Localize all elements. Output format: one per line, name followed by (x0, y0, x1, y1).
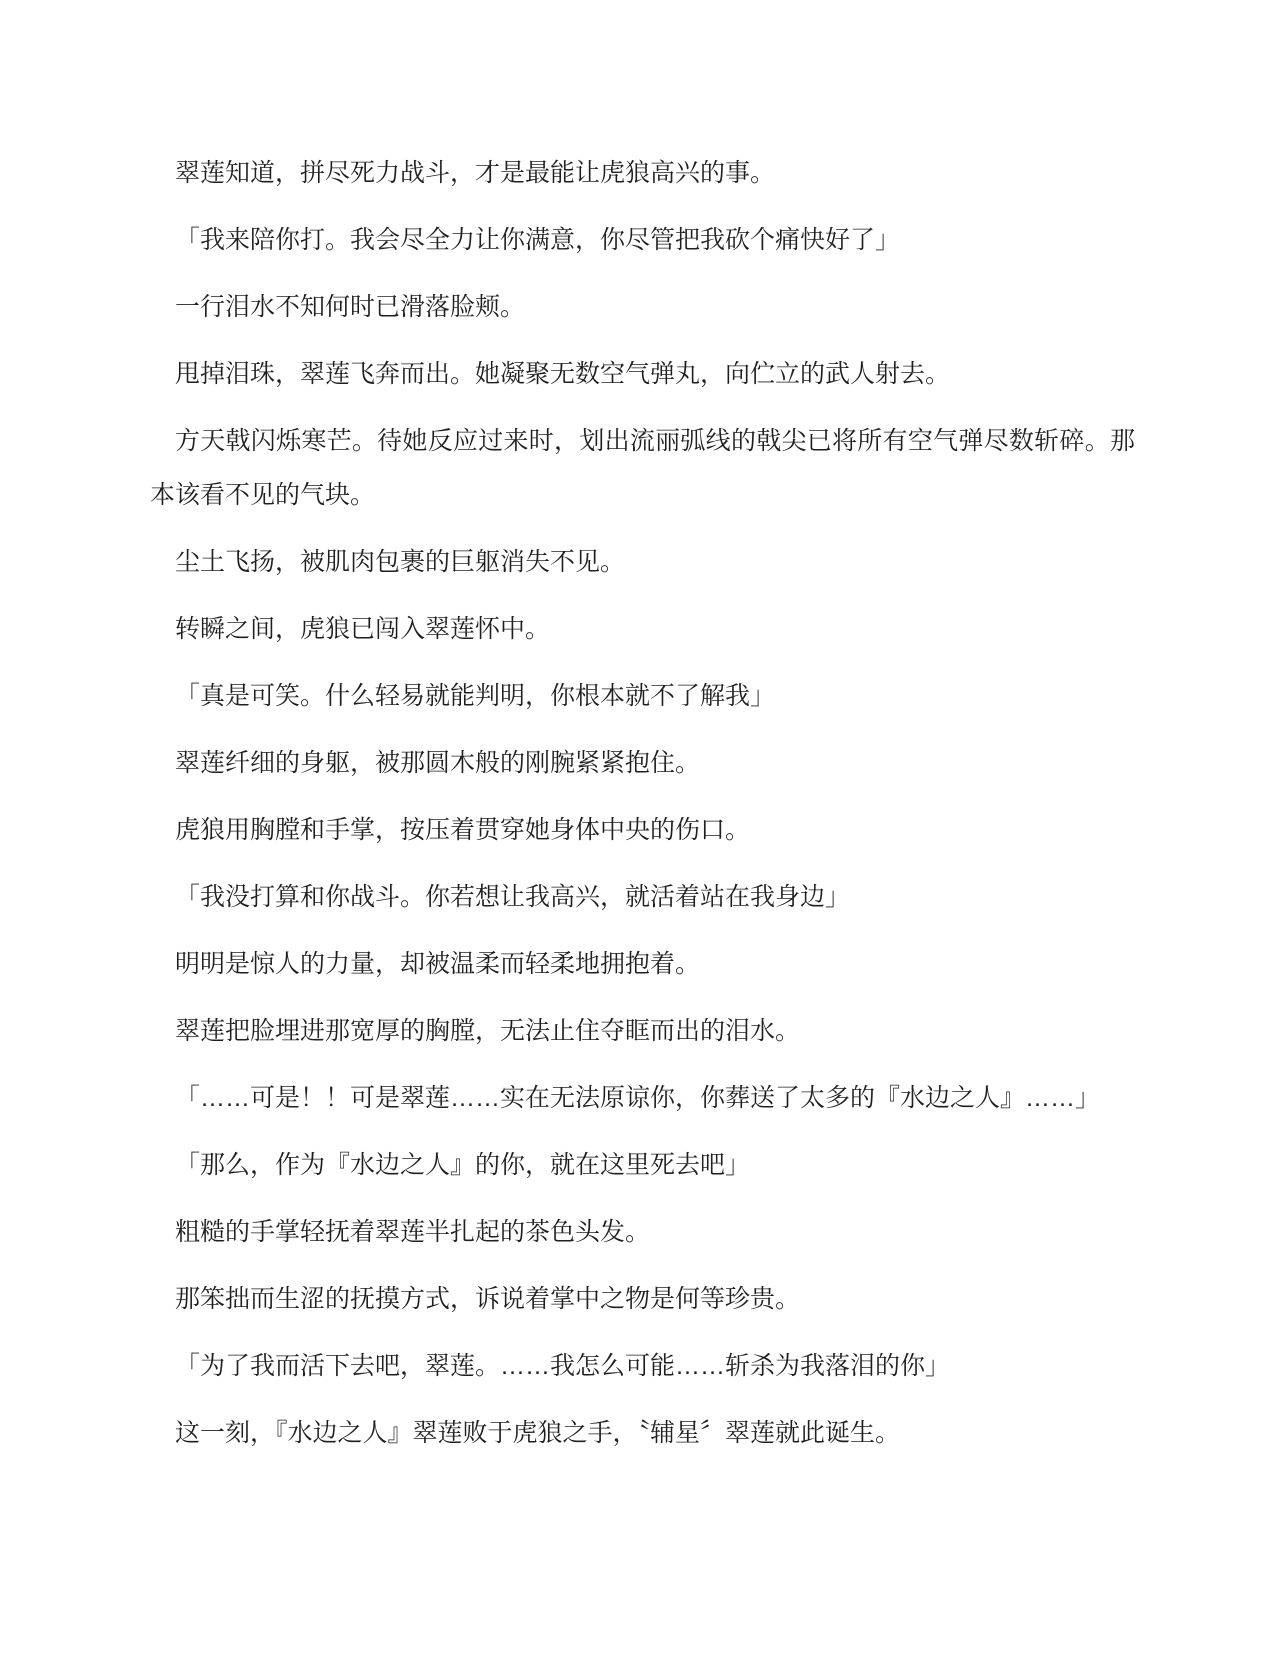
paragraph: 方天戟闪烁寒芒。待她反应过来时，划出流丽弧线的戟尖已将所有空气弹尽数斩碎。那本该… (150, 414, 1135, 522)
paragraph: 「我来陪你打。我会尽全力让你满意，你尽管把我砍个痛快好了」 (150, 213, 1135, 267)
paragraph: 「为了我而活下去吧，翠莲。……我怎么可能……斩杀为我落泪的你」 (150, 1339, 1135, 1393)
paragraph: 「那么，作为『水边之人』的你，就在这里死去吧」 (150, 1138, 1135, 1192)
paragraph: 这一刻，『水边之人』翠莲败于虎狼之手，〝辅星〞翠莲就此诞生。 (150, 1406, 1135, 1460)
paragraph: 甩掉泪珠，翠莲飞奔而出。她凝聚无数空气弹丸，向伫立的武人射去。 (150, 347, 1135, 401)
paragraph: 粗糙的手掌轻抚着翠莲半扎起的茶色头发。 (150, 1205, 1135, 1259)
paragraph: 转瞬之间，虎狼已闯入翠莲怀中。 (150, 602, 1135, 656)
document-page: 翠莲知道，拼尽死力战斗，才是最能让虎狼高兴的事。「我来陪你打。我会尽全力让你满意… (0, 0, 1280, 1656)
novel-text-content: 翠莲知道，拼尽死力战斗，才是最能让虎狼高兴的事。「我来陪你打。我会尽全力让你满意… (150, 146, 1135, 1460)
paragraph: 「……可是！！可是翠莲……实在无法原谅你，你葬送了太多的『水边之人』……」 (150, 1071, 1135, 1125)
paragraph: 「我没打算和你战斗。你若想让我高兴，就活着站在我身边」 (150, 870, 1135, 924)
paragraph: 一行泪水不知何时已滑落脸颊。 (150, 280, 1135, 334)
paragraph: 明明是惊人的力量，却被温柔而轻柔地拥抱着。 (150, 937, 1135, 991)
paragraph: 翠莲纤细的身躯，被那圆木般的刚腕紧紧抱住。 (150, 736, 1135, 790)
paragraph: 那笨拙而生涩的抚摸方式，诉说着掌中之物是何等珍贵。 (150, 1272, 1135, 1326)
paragraph: 翠莲把脸埋进那宽厚的胸膛，无法止住夺眶而出的泪水。 (150, 1004, 1135, 1058)
paragraph: 「真是可笑。什么轻易就能判明，你根本就不了解我」 (150, 669, 1135, 723)
paragraph: 尘土飞扬，被肌肉包裹的巨躯消失不见。 (150, 535, 1135, 589)
paragraph: 虎狼用胸膛和手掌，按压着贯穿她身体中央的伤口。 (150, 803, 1135, 857)
paragraph: 翠莲知道，拼尽死力战斗，才是最能让虎狼高兴的事。 (150, 146, 1135, 200)
